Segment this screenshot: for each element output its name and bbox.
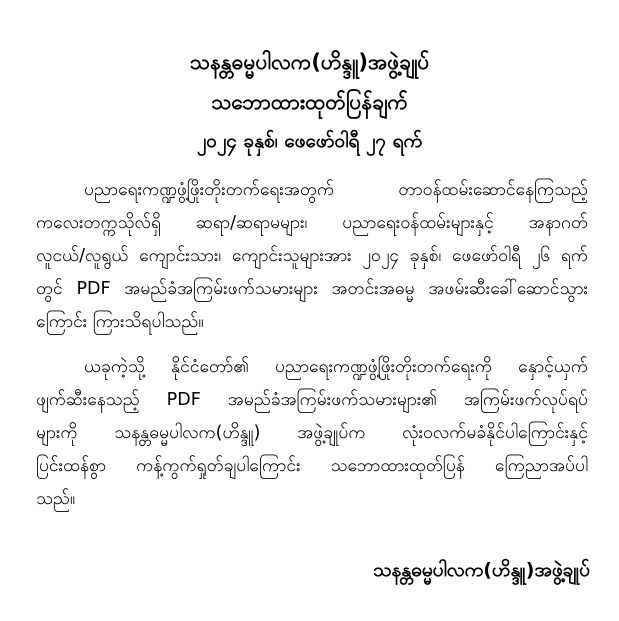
body-line: ဖျက်ဆီးနေသည့် PDF အမည်ခံအကြမ်းဖက်သမားမျာ…: [36, 384, 588, 417]
body-line: သည်။: [36, 483, 588, 516]
statement-document-page: သနန္တဓမ္မပါလက(ဟိန္ဒူ)အဖွဲ့ချုပ် သဘောထားထ…: [0, 0, 619, 621]
body-line: များကို သနန္တဓမ္မပါလက(ဟိန္ဒူ) အဖွဲ့ချုပ်…: [36, 417, 588, 450]
body-line: ပြင်းထန်စွာ ကန့်ကွက်ရှုတ်ချပါကြောင်း သဘေ…: [36, 450, 588, 483]
document-footer: သနန္တဓမ္မပါလက(ဟိန္ဒူ)အဖွဲ့ချုပ်: [373, 552, 590, 588]
body-line: လူငယ်/လူရွယ် ကျောင်းသား၊ ကျောင်းသူများအာ…: [36, 240, 588, 273]
body-line: ကလေးတက္ကသိုလ်ရှိ ဆရာ/ဆရာမများ၊ ပညာရေးဝန်…: [36, 207, 588, 240]
body-line: ယခုကဲ့သို့ နိုင်ငံတော်၏ ပညာရေးကဏ္ဍဖွံ့ဖြ…: [36, 351, 588, 384]
document-body: ပညာရေးကဏ္ဍဖွံ့ဖြိုးတိုးတက်ရေးအတွက် တာဝန်…: [36, 174, 588, 516]
body-line: ကြောင်း ကြားသိရပါသည်။: [36, 306, 588, 339]
body-line: တွင် PDF အမည်ခံအကြမ်းဖက်သမားများ အတင်းအဓ…: [36, 273, 588, 306]
body-line: ပညာရေးကဏ္ဍဖွံ့ဖြိုးတိုးတက်ရေးအတွက် တာဝန်…: [36, 174, 588, 207]
organization-title: သနန္တဓမ္မပါလက(ဟိန္ဒူ)အဖွဲ့ချုပ်: [0, 42, 619, 82]
statement-title: သဘောထားထုတ်ပြန်ချက်: [0, 82, 619, 122]
document-header: သနန္တဓမ္မပါလက(ဟိန္ဒူ)အဖွဲ့ချုပ် သဘောထားထ…: [0, 0, 619, 160]
signature: သနန္တဓမ္မပါလက(ဟိန္ဒူ)အဖွဲ့ချုပ်: [373, 552, 590, 588]
paragraph-2: ယခုကဲ့သို့ နိုင်ငံတော်၏ ပညာရေးကဏ္ဍဖွံ့ဖြ…: [36, 351, 588, 516]
statement-date: ၂၀၂၄ ခုနှစ်၊ ဖေဖော်ဝါရီ ၂၇ ရက်: [0, 122, 619, 160]
paragraph-1: ပညာရေးကဏ္ဍဖွံ့ဖြိုးတိုးတက်ရေးအတွက် တာဝန်…: [36, 174, 588, 339]
